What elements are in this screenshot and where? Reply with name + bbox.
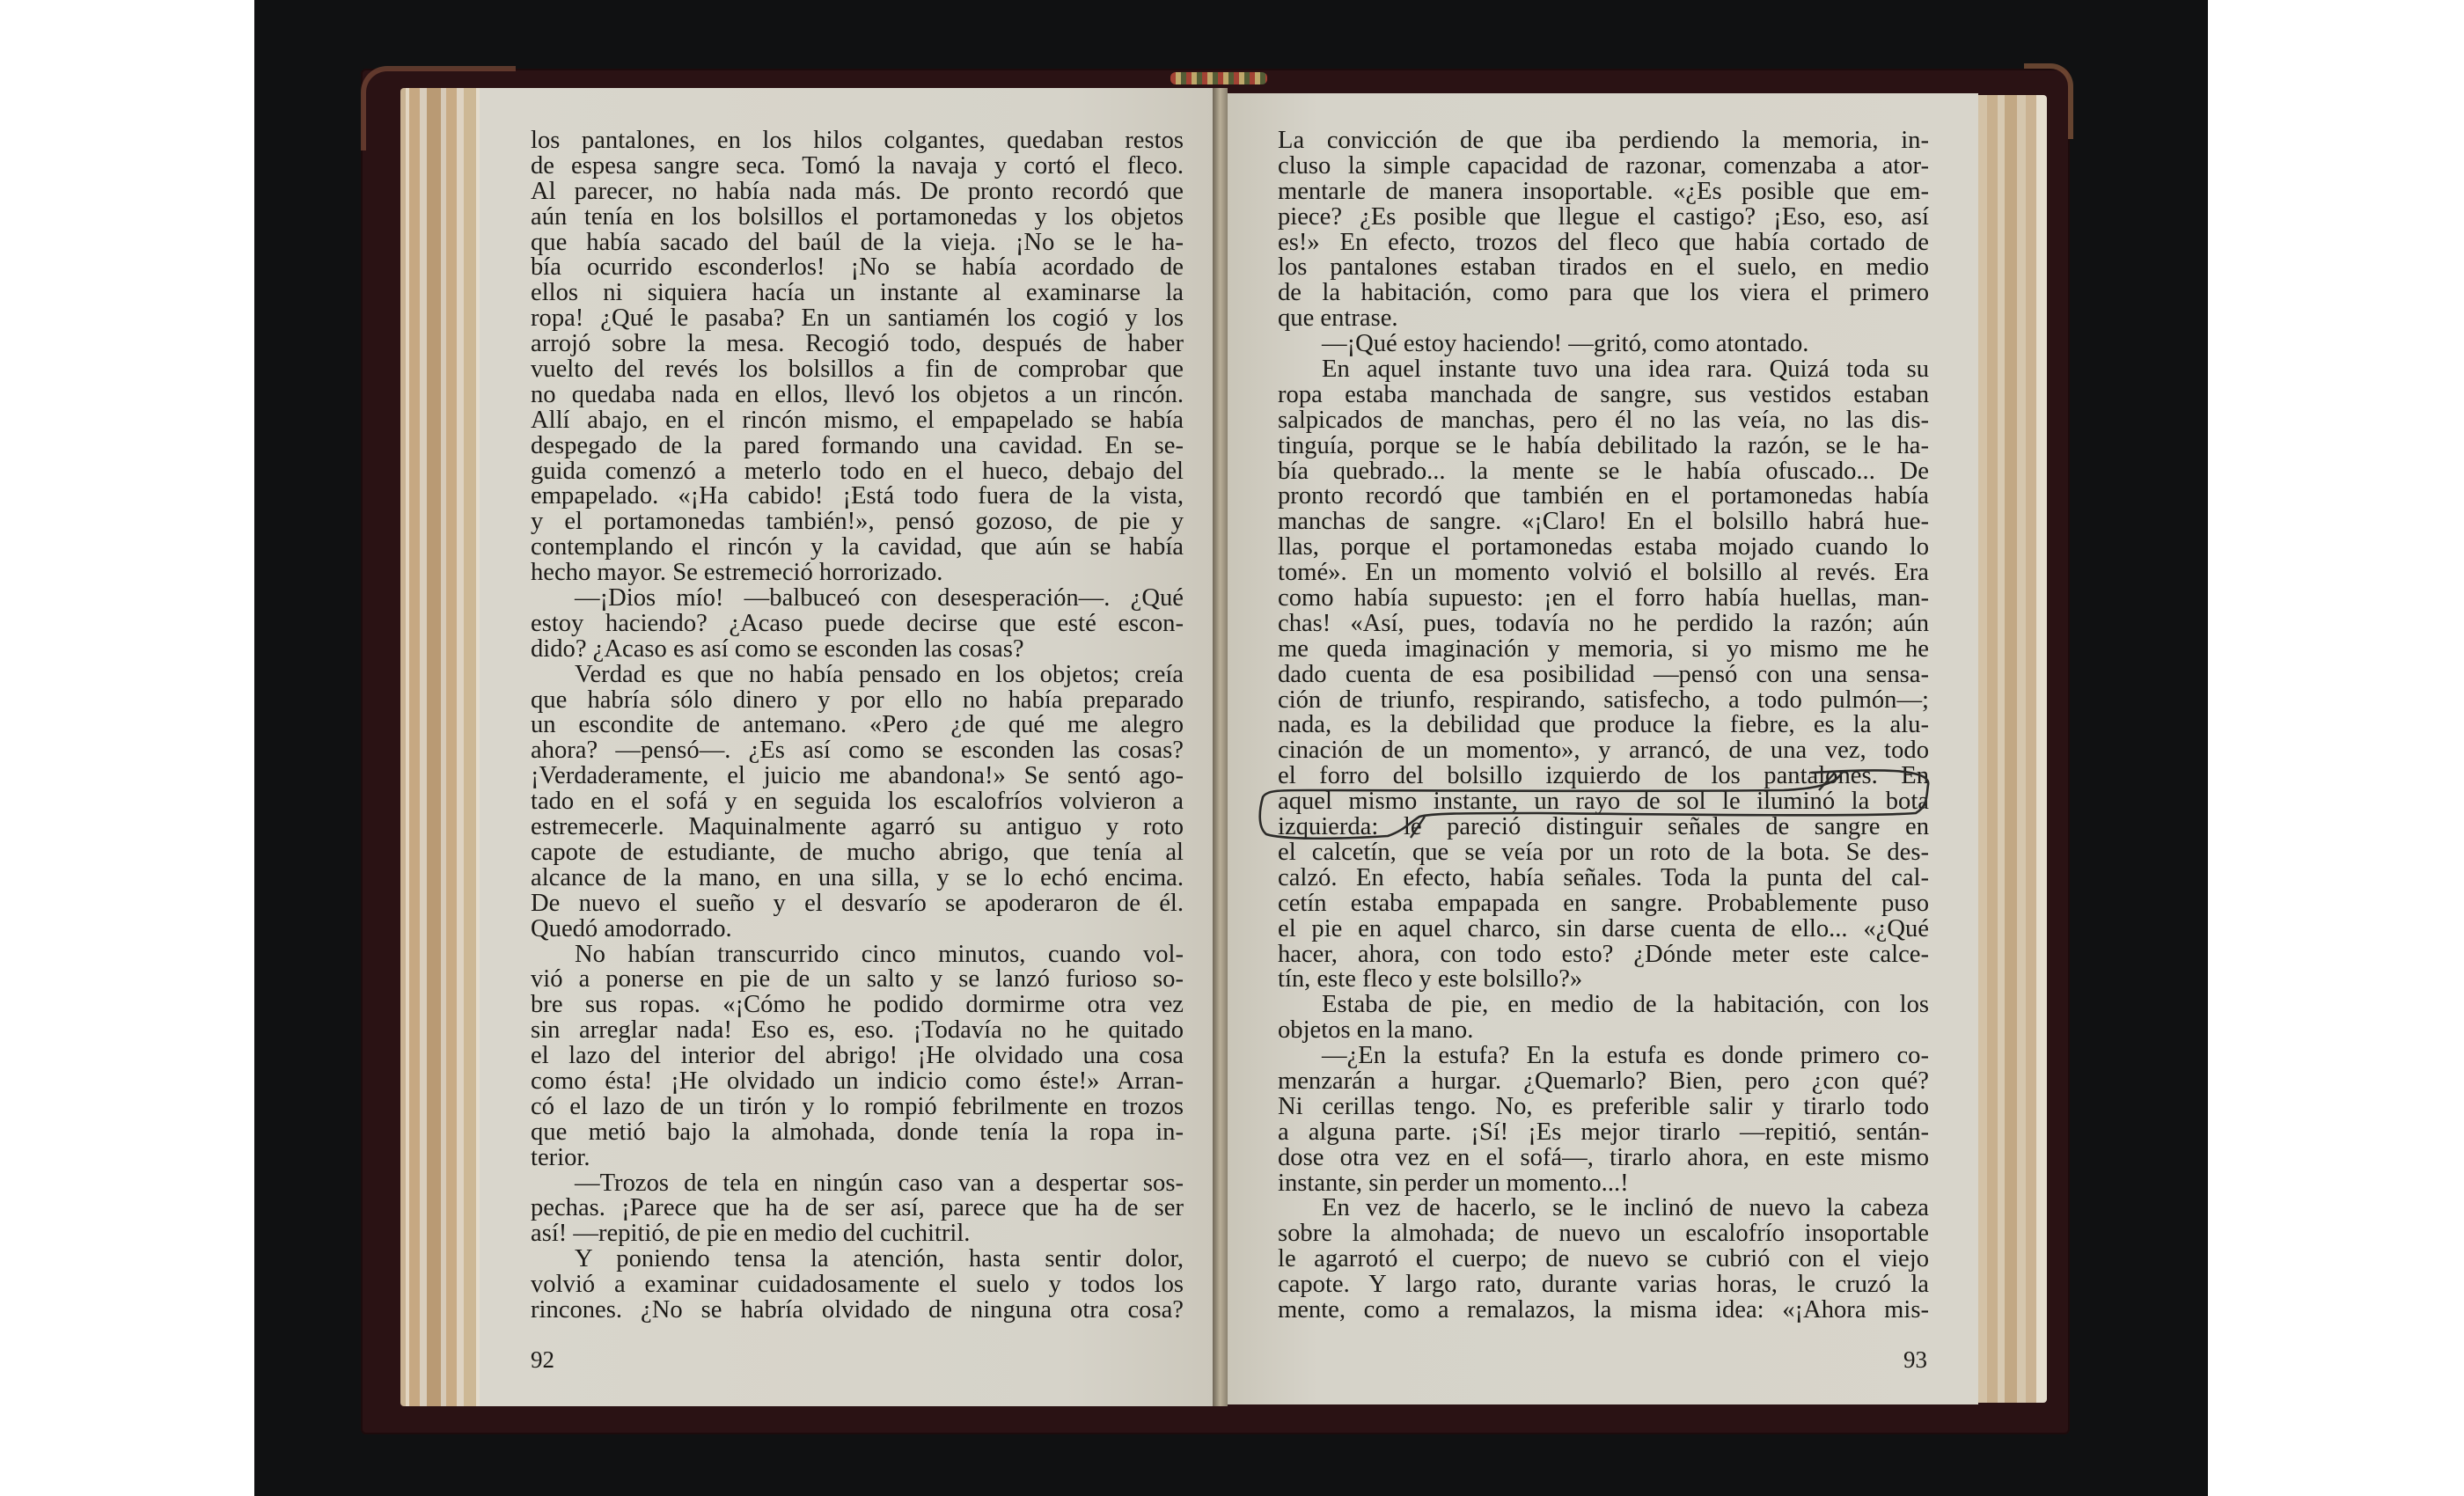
text-line: arrojó sobre la mesa. Recogió todo, desp… — [531, 332, 1184, 357]
text-line: Quedó amodorrado. — [531, 917, 1184, 942]
text-line: ropa estaba manchada de sangre, sus vest… — [1278, 383, 1929, 408]
text-line: Estaba de pie, en medio de la habitación… — [1278, 993, 1929, 1018]
text-line: instante, sin perder un momento...! — [1278, 1171, 1929, 1197]
text-line: chas! «Así, pues, todavía no he perdido … — [1278, 612, 1929, 637]
text-line: vuelto del revés los bolsillos a fin de … — [531, 357, 1184, 383]
text-line: —¡Qué estoy haciendo! —gritó, como atont… — [1278, 332, 1929, 357]
text-line: tinguía, porque se le había debilitado l… — [1278, 434, 1929, 459]
text-line: pechas. ¡Parece que ha de ser así, parec… — [531, 1196, 1184, 1221]
text-line: estremecerle. Maquinalmente agarró su an… — [531, 815, 1184, 840]
text-line: de espesa sangre seca. Tomó la navaja y … — [531, 154, 1184, 180]
text-line: como había supuesto: ¡en el forro había … — [1278, 586, 1929, 612]
text-line: el calcetín, que se veía por un roto de … — [1278, 840, 1929, 866]
text-line: hecho mayor. Se estremeció horrorizado. — [531, 561, 1184, 586]
text-line: hacer, ahora, con todo esto? ¿Dónde mete… — [1278, 942, 1929, 968]
text-line: que entrase. — [1278, 306, 1929, 332]
text-line: aquel mismo instante, un rayo de sol le … — [1278, 789, 1929, 815]
text-line: piece? ¿Es posible que llegue el castigo… — [1278, 205, 1929, 231]
right-page-text: La convicción de que iba perdiendo la me… — [1278, 128, 1929, 1324]
text-line: cetín estaba empapada en sangre. Probabl… — [1278, 891, 1929, 917]
text-line: estoy haciendo? ¿Acaso puede decirse que… — [531, 612, 1184, 637]
page-stack-edges-right — [1978, 95, 2047, 1403]
text-line: es!» En efecto, trozos del fleco que hab… — [1278, 231, 1929, 256]
text-line: ¡Verdaderamente, el juicio me abandona!»… — [531, 764, 1184, 789]
text-line: dado cuenta de esa posibilidad —pensó co… — [1278, 663, 1929, 688]
text-line: tomé». En un momento volvió el bolsillo … — [1278, 561, 1929, 586]
text-line: contemplando el rincón y la cavidad, que… — [531, 535, 1184, 561]
text-line: aún tenía en los bolsillos el portamoned… — [531, 205, 1184, 231]
text-line: no quedaba nada en ellos, llevó los obje… — [531, 383, 1184, 408]
text-line: bre sus ropas. «¡Cómo he podido dormirme… — [531, 993, 1184, 1018]
text-line: y el portamonedas también!», pensó gozos… — [531, 510, 1184, 535]
text-line: menzarán a hurgar. ¿Quemarlo? Bien, pero… — [1278, 1069, 1929, 1095]
text-line: de la habitación, como para que los vier… — [1278, 281, 1929, 306]
text-line: llas, porque el portamonedas estaba moja… — [1278, 535, 1929, 561]
text-line: ción de triunfo, respirando, satisfecho,… — [1278, 688, 1929, 714]
page-stack-edges-left — [400, 88, 481, 1406]
text-line: pronto recordó que también en el portamo… — [1278, 484, 1929, 510]
text-line: calzó. En efecto, había señales. Toda la… — [1278, 866, 1929, 891]
text-line: el pie en aquel charco, sin darse cuenta… — [1278, 917, 1929, 942]
text-line: vió a ponerse en pie de un salto y se la… — [531, 967, 1184, 993]
text-line: un escondite de antemano. «Pero ¿de qué … — [531, 713, 1184, 738]
text-line: —¡Dios mío! —balbuceó con desesperación—… — [531, 586, 1184, 612]
text-line: cluso la simple capacidad de razonar, co… — [1278, 154, 1929, 180]
text-line: dido? ¿Acaso es así como se esconden las… — [531, 637, 1184, 663]
text-line: sobre la almohada; de nuevo un escalofrí… — [1278, 1221, 1929, 1247]
text-line: el lazo del interior del abrigo! ¡He olv… — [531, 1044, 1184, 1069]
text-line: La convicción de que iba perdiendo la me… — [1278, 128, 1929, 154]
text-line: Ni cerillas tengo. No, es preferible sal… — [1278, 1095, 1929, 1120]
text-line: tín, este fleco y este bolsillo?» — [1278, 967, 1929, 993]
text-line: Allí abajo, en el rincón mismo, el empap… — [531, 408, 1184, 434]
page-number-left: 92 — [531, 1346, 554, 1374]
text-line: En vez de hacerlo, se le inclinó de nuev… — [1278, 1196, 1929, 1221]
text-line: —Trozos de tela en ningún caso van a des… — [531, 1171, 1184, 1197]
text-line: le agarrotó el cuerpo; de nuevo se cubri… — [1278, 1247, 1929, 1272]
text-line: ahora? —pensó—. ¿Es así como se esconden… — [531, 738, 1184, 764]
text-line: que había sacado del baúl de la vieja. ¡… — [531, 231, 1184, 256]
text-line: capote. Y largo rato, durante varias hor… — [1278, 1272, 1929, 1298]
text-line: —¿En la estufa? En la estufa es donde pr… — [1278, 1044, 1929, 1069]
book-headband — [1170, 72, 1267, 84]
text-line: empapelado. «¡Ha cabido! ¡Está todo fuer… — [531, 484, 1184, 510]
book-gutter — [1213, 88, 1228, 1406]
left-page-text: los pantalones, en los hilos colgantes, … — [531, 128, 1184, 1324]
text-line: bía ocurrido esconderlos! ¡No se había a… — [531, 255, 1184, 281]
text-line: No habían transcurrido cinco minutos, cu… — [531, 942, 1184, 968]
text-line: como ésta! ¡He olvidado un indicio como … — [531, 1069, 1184, 1095]
text-line: objetos en la mano. — [1278, 1018, 1929, 1044]
text-line: En aquel instante tuvo una idea rara. Qu… — [1278, 357, 1929, 383]
text-line: sin arreglar nada! Eso es, eso. ¡Todavía… — [531, 1018, 1184, 1044]
text-line: mentarle de manera insoportable. «¿Es po… — [1278, 180, 1929, 205]
text-line: guida comenzó a meterlo todo en el hueco… — [531, 459, 1184, 485]
text-line: a alguna parte. ¡Sí! ¡Es mejor tirarlo —… — [1278, 1120, 1929, 1146]
text-line: ropa! ¿Qué le pasaba? En un santiamén lo… — [531, 306, 1184, 332]
text-line: alcance de la mano, en una silla, y se l… — [531, 866, 1184, 891]
text-line: tado en el sofá y en seguida los escalof… — [531, 789, 1184, 815]
text-line: dose otra vez en el sofá—, tirarlo ahora… — [1278, 1146, 1929, 1171]
text-line: despegado de la pared formando una cavid… — [531, 434, 1184, 459]
text-line: Verdad es que no había pensado en los ob… — [531, 663, 1184, 688]
text-line: los pantalones estaban tirados en el sue… — [1278, 255, 1929, 281]
text-line: có el lazo de un tirón y lo rompió febri… — [531, 1095, 1184, 1120]
text-line: salpicados de manchas, pero él no las ve… — [1278, 408, 1929, 434]
text-line: capote de estudiante, de mucho abrigo, q… — [531, 840, 1184, 866]
text-line: izquierda: le pareció distinguir señales… — [1278, 815, 1929, 840]
text-line: el forro del bolsillo izquierdo de los p… — [1278, 764, 1929, 789]
text-line: Y poniendo tensa la atención, hasta sent… — [531, 1247, 1184, 1272]
text-line: terior. — [531, 1146, 1184, 1171]
text-line: que habría sólo dinero y por ello no hab… — [531, 688, 1184, 714]
text-line: cinación de un momento», y arrancó, de u… — [1278, 738, 1929, 764]
text-line: ellos ni siquiera hacía un instante al e… — [531, 281, 1184, 306]
text-line: De nuevo el sueño y el desvarío se apode… — [531, 891, 1184, 917]
text-line: Al parecer, no había nada más. De pronto… — [531, 180, 1184, 205]
text-line: rincones. ¿No se habría olvidado de ning… — [531, 1298, 1184, 1324]
text-line: nada, es la debilidad que produce la fie… — [1278, 713, 1929, 738]
text-line: mente, como a remalazos, la misma idea: … — [1278, 1298, 1929, 1324]
text-line: los pantalones, en los hilos colgantes, … — [531, 128, 1184, 154]
text-line: me queda imaginación y memoria, si yo mi… — [1278, 637, 1929, 663]
text-line: manchas de sangre. «¡Claro! En el bolsil… — [1278, 510, 1929, 535]
text-line: que metió bajo la almohada, donde tenía … — [531, 1120, 1184, 1146]
text-line: volvió a examinar cuidadosamente el suel… — [531, 1272, 1184, 1298]
text-line: bía quebrado... la mente se le había ofu… — [1278, 459, 1929, 485]
text-line: así! —repitió, de pie en medio del cuchi… — [531, 1221, 1184, 1247]
page-number-right: 93 — [1903, 1346, 1927, 1374]
